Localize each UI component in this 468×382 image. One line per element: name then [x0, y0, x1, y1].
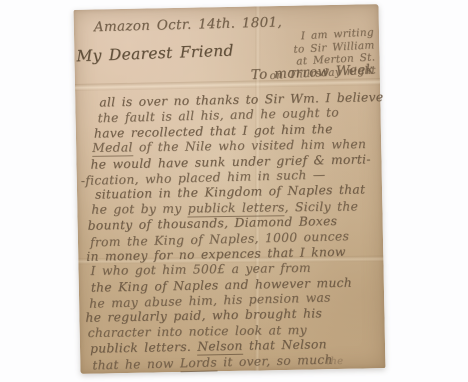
- underlined-word: Nelson: [197, 339, 243, 356]
- letter-catchword: the: [326, 356, 343, 367]
- underlined-word: Medal: [92, 140, 133, 157]
- fold-crease-top: [75, 78, 380, 91]
- letter-dateline: Amazon Octr. 14th. 1801,: [94, 14, 283, 35]
- letter-salutation: My Dearest Friend: [76, 42, 234, 66]
- letter-body: all is over no thanks to Sir Wm. I belie…: [89, 90, 381, 372]
- letter-paper: Amazon Octr. 14th. 1801, I am writingto …: [74, 4, 386, 374]
- photo-background: Amazon Octr. 14th. 1801, I am writingto …: [0, 0, 468, 382]
- underlined-word: Lords: [180, 355, 218, 372]
